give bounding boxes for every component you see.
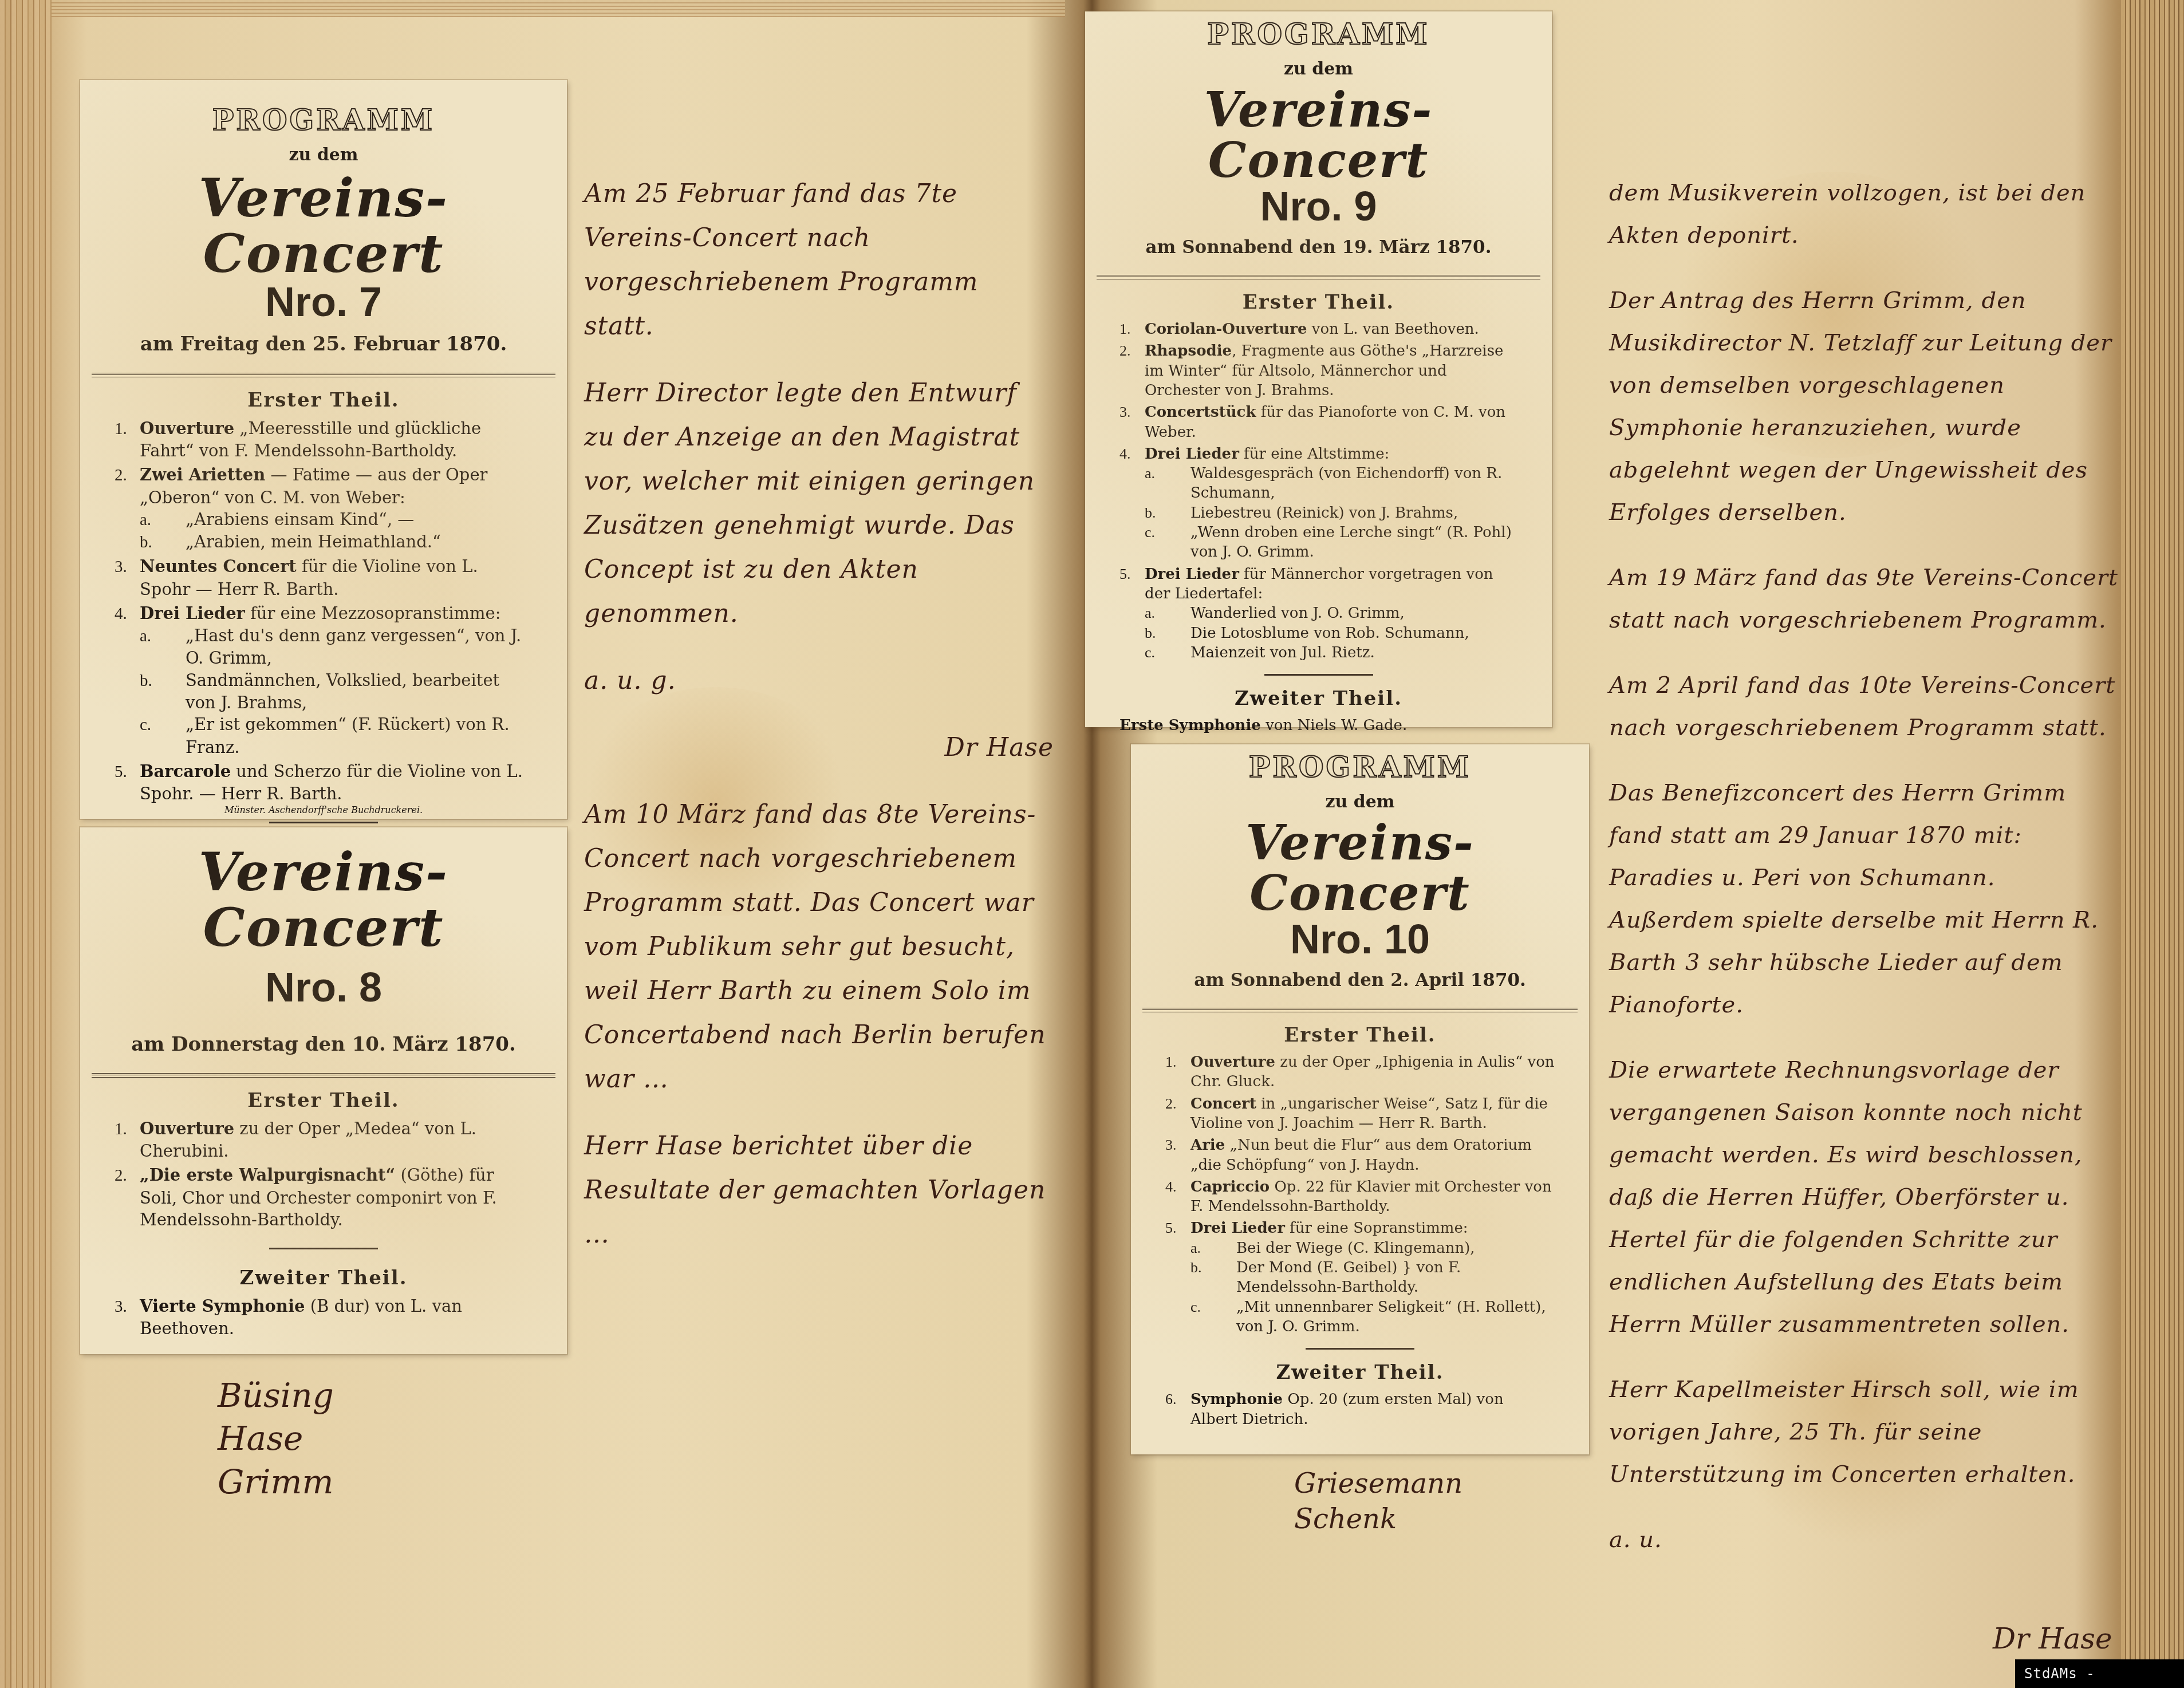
page-edges-top (52, 0, 1065, 17)
final-signature: Dr Hase (1993, 1620, 2112, 1658)
concert-number: Nro. 9 (1119, 186, 1517, 229)
program-list: 3.Vierte Symphonie (B dur) von L. van Be… (115, 1295, 533, 1340)
minutes-entry: Herr Hase berichtet über die Resultate d… (584, 1124, 1054, 1256)
part-heading: Erster Theil. (115, 1089, 533, 1112)
program-subitem: a.„Hast du's denn ganz vergessen“, von J… (163, 625, 533, 669)
program-item: 2.Zwei Arietten — Fatime — aus der Oper … (115, 464, 533, 553)
signature: Hase (218, 1417, 334, 1460)
program-subitem: b.Liebestreu (Reinick) von J. Brahms, (1168, 503, 1517, 523)
program-subitem: c.„Wenn droben eine Lerche singt“ (R. Po… (1168, 523, 1517, 562)
program-subitem: a.Waldesgespräch (von Eichendorff) von R… (1168, 464, 1517, 503)
program-item: 4.Capriccio Op. 22 für Klavier mit Orche… (1165, 1177, 1555, 1217)
programm-subheading: zu dem (1165, 792, 1555, 812)
page-edges-left (0, 0, 52, 1688)
minutes-entry: Am 25 Februar fand das 7te Vereins-Conce… (584, 172, 1054, 348)
program-subitem: a.Wanderlied von J. O. Grimm, (1168, 604, 1517, 623)
program-subitem: b.Die Lotosblume von Rob. Schumann, (1168, 624, 1517, 643)
divider (269, 1248, 378, 1249)
concert-title: Vereins-Concert (115, 171, 533, 281)
program-subitem: c.„Mit unnennbarer Seligkeit“ (H. Rollet… (1213, 1297, 1555, 1337)
concert-date: am Donnerstag den 10. März 1870. (115, 1033, 533, 1056)
program-item: 1.Ouverture zu der Oper „Medea“ von L. C… (115, 1118, 533, 1162)
part-heading: Zweiter Theil. (1165, 1361, 1555, 1384)
divider (1142, 1008, 1578, 1012)
program-subitem: b.„Arabien, mein Heimathland.“ (163, 531, 533, 553)
concert-title: Vereins-Concert (1165, 818, 1555, 918)
minutes-entry: Die erwartete Rechnungsvorlage der verga… (1609, 1049, 2124, 1346)
program-item: 4.Drei Lieder für eine Altstimme: a.Wald… (1119, 444, 1517, 562)
program-subitem: a.Bei der Wiege (C. Klingemann), (1213, 1239, 1555, 1258)
archive-reference-label: StdAMs - MV_002a_146 (2015, 1659, 2184, 1688)
printer-imprint: Münster. Aschendorff'sche Buchdruckerei. (80, 804, 567, 815)
program-slip-nro-9: PROGRAMM zu dem Vereins-Concert Nro. 9 a… (1085, 11, 1552, 727)
page-edges-right (2121, 0, 2184, 1688)
program-list: 6.Symphonie Op. 20 (zum ersten Mal) von … (1165, 1390, 1555, 1429)
minutes-entry: Der Antrag des Herrn Grimm, den Musikdir… (1609, 279, 2124, 534)
concert-number: Nro. 10 (1165, 918, 1555, 962)
program-list: Erste Symphonie von Niels W. Gade. (1119, 716, 1517, 735)
part-heading: Erster Theil. (1119, 291, 1517, 314)
part-heading: Erster Theil. (115, 389, 533, 412)
program-item: 5.Drei Lieder für Männerchor vorgetragen… (1119, 565, 1517, 663)
program-subitem: b.Sandmännchen, Volkslied, bearbeitet vo… (163, 669, 533, 714)
program-item: 5.Drei Lieder für eine Sopranstimme: a.B… (1165, 1218, 1555, 1336)
divider (1097, 275, 1540, 279)
part-heading: Erster Theil. (1165, 1024, 1555, 1047)
open-minute-book: PROGRAMM zu dem Vereins-Concert Nro. 7 a… (0, 0, 2184, 1688)
signature: Schenk (1294, 1501, 1462, 1537)
program-list: 1.Ouverture „Meeresstille und glückliche… (115, 417, 533, 805)
minutes-entry: Herr Director legte den Entwurf zu der A… (584, 371, 1054, 636)
minutes-entry: Das Benefizconcert des Herrn Grimm fand … (1609, 772, 2124, 1026)
program-item: 3.Concertstück für das Pianoforte von C.… (1119, 403, 1517, 442)
program-item: 5.Barcarole und Scherzo für die Violine … (115, 760, 533, 805)
signature: Griesemann (1294, 1466, 1462, 1501)
program-list: 1.Ouverture zu der Oper „Iphigenia in Au… (1165, 1052, 1555, 1336)
program-subitem: a.„Arabiens einsam Kind“, — (163, 508, 533, 531)
concert-number: Nro. 8 (115, 967, 533, 1010)
handwritten-minutes-left: Am 25 Februar fand das 7te Vereins-Conce… (584, 172, 1054, 1279)
minutes-entry: dem Musikverein vollzogen, ist bei den A… (1609, 172, 2124, 257)
program-item: 4.Drei Lieder für eine Mezzosopranstimme… (115, 602, 533, 758)
program-item: 3.Vierte Symphonie (B dur) von L. van Be… (115, 1295, 533, 1340)
part-heading: Zweiter Theil. (1119, 687, 1517, 710)
program-item: 2.Rhapsodie, Fragmente aus Göthe's „Harz… (1119, 341, 1517, 400)
program-list: 1.Coriolan-Ouverture von L. van Beethove… (1119, 320, 1517, 662)
program-slip-nro-8: Vereins-Concert Nro. 8 am Donnerstag den… (80, 827, 567, 1354)
program-item: 1.Coriolan-Ouverture von L. van Beethove… (1119, 320, 1517, 339)
program-item: 2.„Die erste Walpurgisnacht“ (Göthe) für… (115, 1164, 533, 1230)
program-item: 3.Neuntes Concert für die Violine von L.… (115, 555, 533, 600)
programm-heading: PROGRAMM (1165, 750, 1555, 784)
program-subitem: c.„Er ist gekommen“ (F. Rückert) von R. … (163, 713, 533, 758)
part-heading: Zweiter Theil. (115, 1267, 533, 1289)
program-slip-nro-7: PROGRAMM zu dem Vereins-Concert Nro. 7 a… (80, 80, 567, 819)
program-item: 1.Ouverture zu der Oper „Iphigenia in Au… (1165, 1052, 1555, 1092)
concert-number: Nro. 7 (115, 281, 533, 325)
divider (92, 1073, 555, 1078)
program-item: 3.Arie „Nun beut die Flur“ aus dem Orato… (1165, 1135, 1555, 1175)
concert-date: am Sonnabend den 19. März 1870. (1119, 237, 1517, 258)
minutes-entry: Am 2 April fand das 10te Vereins-Concert… (1609, 664, 2124, 749)
programm-subheading: zu dem (1119, 59, 1517, 79)
program-item: 1.Ouverture „Meeresstille und glückliche… (115, 417, 533, 462)
divider (92, 373, 555, 377)
minutes-entry: Am 19 März fand das 9te Vereins-Concert … (1609, 557, 2124, 641)
signature: Dr Hase (584, 725, 1054, 770)
concert-title: Vereins-Concert (1119, 85, 1517, 186)
signature: Grimm (218, 1461, 334, 1504)
concert-date: am Sonnabend den 2. April 1870. (1165, 970, 1555, 991)
minutes-entry: a. u. g. (584, 658, 1054, 703)
program-item: Erste Symphonie von Niels W. Gade. (1119, 716, 1517, 735)
program-subitem: b.Der Mond (E. Geibel) } von F. Mendelss… (1213, 1258, 1555, 1297)
signatures-left: Büsing Hase Grimm (218, 1374, 334, 1504)
program-slip-nro-10: PROGRAMM zu dem Vereins-Concert Nro. 10 … (1131, 744, 1589, 1454)
concert-date: am Freitag den 25. Februar 1870. (115, 333, 533, 356)
program-list: 1.Ouverture zu der Oper „Medea“ von L. C… (115, 1118, 533, 1230)
minutes-entry: Herr Kapellmeister Hirsch soll, wie im v… (1609, 1368, 2124, 1496)
divider (269, 822, 378, 823)
minutes-entry: Am 10 März fand das 8te Vereins-Concert … (584, 792, 1054, 1101)
programm-subheading: zu dem (115, 145, 533, 165)
concert-title: Vereins-Concert (115, 845, 533, 955)
programm-heading: PROGRAMM (1119, 17, 1517, 51)
signatures-right: Griesemann Schenk (1294, 1466, 1462, 1537)
programm-heading: PROGRAMM (115, 103, 533, 137)
handwritten-minutes-right: dem Musikverein vollzogen, ist bei den A… (1609, 172, 2124, 1584)
divider (1264, 674, 1373, 676)
divider (1306, 1348, 1414, 1350)
signature: Büsing (218, 1374, 334, 1417)
program-subitem: c.Maienzeit von Jul. Rietz. (1168, 643, 1517, 662)
program-item: 2.Concert in „ungarischer Weise“, Satz I… (1165, 1094, 1555, 1134)
program-item: 6.Symphonie Op. 20 (zum ersten Mal) von … (1165, 1390, 1555, 1429)
minutes-entry: a. u. (1609, 1519, 2124, 1561)
